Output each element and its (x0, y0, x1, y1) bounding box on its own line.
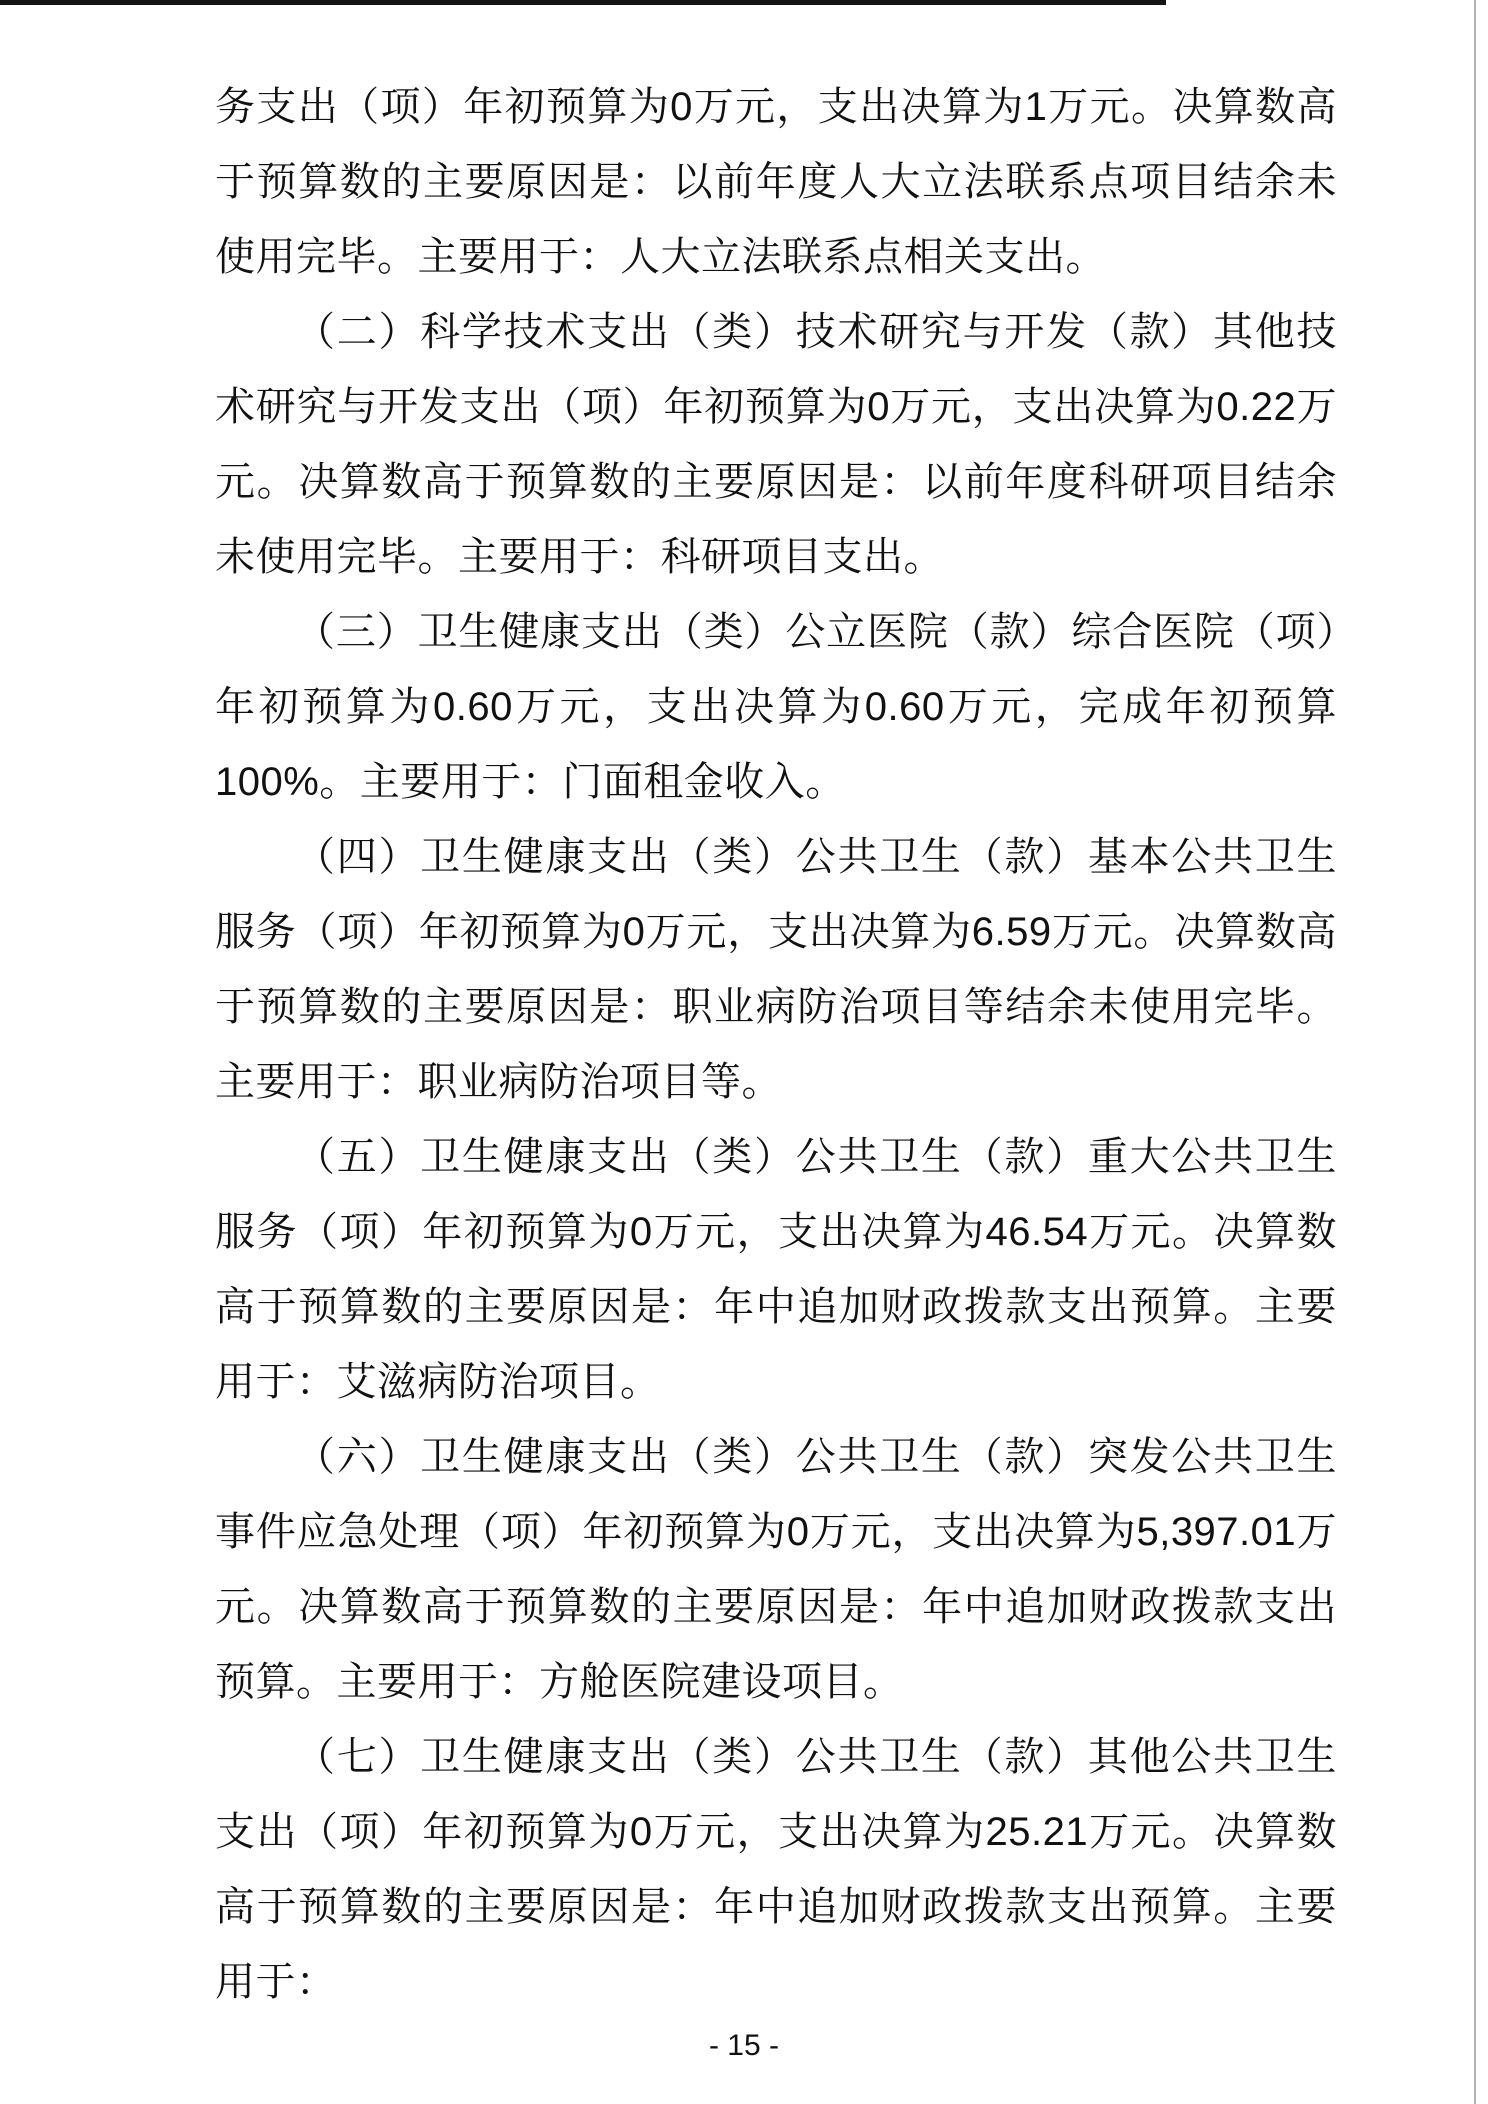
body-paragraph: （四）卫生健康支出（类）公共卫生（款）基本公共卫生服务（项）年初预算为0万元，支… (215, 820, 1337, 1120)
body-paragraph: （三）卫生健康支出（类）公立医院（款）综合医院（项）年初预算为0.60万元，支出… (215, 595, 1337, 820)
body-paragraph: （五）卫生健康支出（类）公共卫生（款）重大公共卫生服务（项）年初预算为0万元，支… (215, 1120, 1337, 1420)
body-paragraph: 务支出（项）年初预算为0万元，支出决算为1万元。决算数高于预算数的主要原因是：以… (215, 70, 1337, 295)
document-page-body: 务支出（项）年初预算为0万元，支出决算为1万元。决算数高于预算数的主要原因是：以… (215, 70, 1337, 2020)
page-number: - 15 - (0, 2028, 1488, 2064)
scan-top-edge-artifact (0, 0, 1166, 5)
scan-right-edge-artifact (1474, 0, 1476, 2104)
body-paragraph: （七）卫生健康支出（类）公共卫生（款）其他公共卫生支出（项）年初预算为0万元，支… (215, 1720, 1337, 2020)
body-paragraph: （二）科学技术支出（类）技术研究与开发（款）其他技术研究与开发支出（项）年初预算… (215, 295, 1337, 595)
body-paragraph: （六）卫生健康支出（类）公共卫生（款）突发公共卫生事件应急处理（项）年初预算为0… (215, 1420, 1337, 1720)
